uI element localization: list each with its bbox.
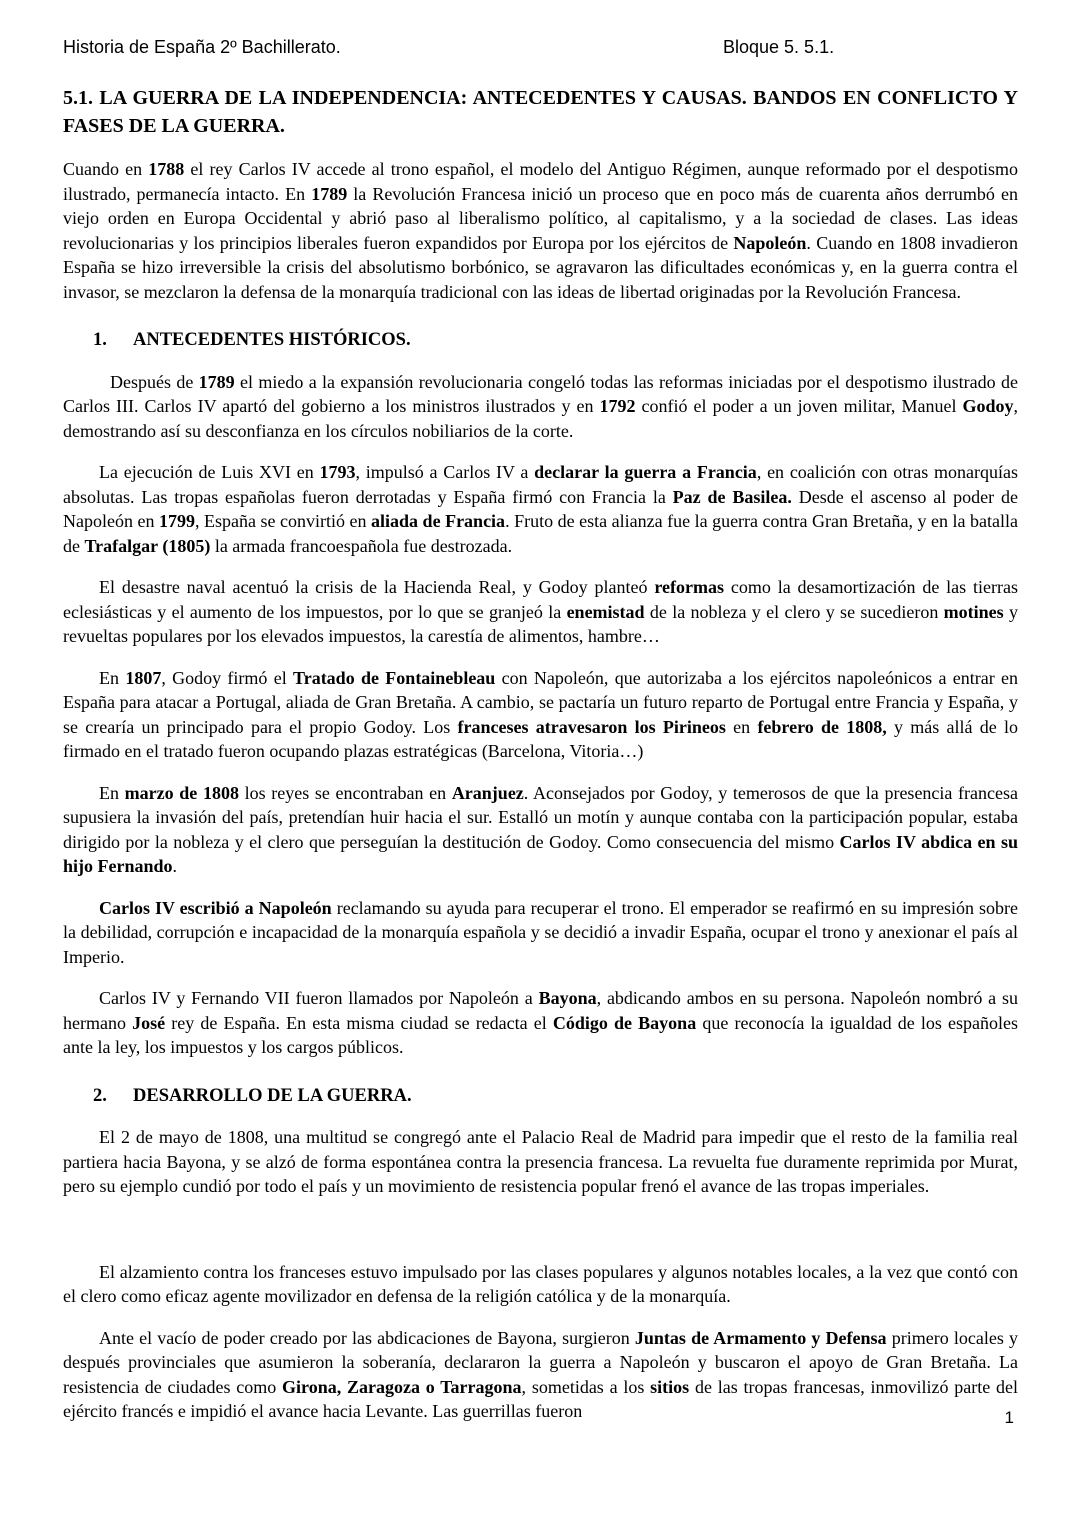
vertical-gap [63,1199,1018,1243]
text-run: , Godoy firmó el [161,668,293,688]
section-number: 2. [93,1084,133,1109]
bold-text-run: marzo de 1808 [125,783,239,803]
text-run: Carlos IV y Fernando VII fueron llamados… [99,988,539,1008]
paragraph: Carlos IV escribió a Napoleón reclamando… [63,896,1018,970]
bold-text-run: 1789 [199,372,235,392]
header-course-label: Historia de España 2º Bachillerato. [63,37,341,57]
bold-text-run: motines [944,602,1004,622]
bold-text-run: Napoleón [733,233,806,253]
text-run: , impulsó a Carlos IV a [355,462,534,482]
bold-text-run: 1793 [319,462,355,482]
header-block-label: Bloque 5. 5.1. [723,36,834,58]
bold-text-run: aliada de Francia [371,511,505,531]
text-run: Después de [110,372,199,392]
page-header: Historia de España 2º Bachillerato. Bloq… [63,36,1018,60]
section-heading-text: DESARROLLO DE LA GUERRA. [133,1086,412,1106]
section-heading-text: ANTECEDENTES HISTÓRICOS. [133,330,411,350]
text-run: en [726,717,758,737]
text-run: La ejecución de Luis XVI en [99,462,319,482]
bold-text-run: Código de Bayona [553,1013,696,1033]
paragraph: La ejecución de Luis XVI en 1793, impuls… [63,460,1018,558]
bold-text-run: 1807 [125,668,161,688]
bold-text-run: Tratado de Fontainebleau [293,668,495,688]
bold-text-run: 1792 [600,396,636,416]
bold-text-run: declarar la guerra a Francia [534,462,757,482]
section-heading: 1.ANTECEDENTES HISTÓRICOS. [63,328,1018,353]
text-run: los reyes se encontraban en [239,783,452,803]
section-heading: 2.DESARROLLO DE LA GUERRA. [63,1084,1018,1109]
paragraph: Ante el vacío de poder creado por las ab… [63,1326,1018,1424]
bold-text-run: enemistad [567,602,645,622]
text-run: , España se convirtió en [195,511,371,531]
section-number: 1. [93,328,133,353]
document-page: Historia de España 2º Bachillerato. Bloq… [0,0,1080,1527]
bold-text-run: 1799 [159,511,195,531]
bold-text-run: Aranjuez [452,783,524,803]
text-run: Cuando en [63,159,148,179]
document-body: Cuando en 1788 el rey Carlos IV accede a… [63,157,1018,1424]
bold-text-run: Paz de Basilea. [673,487,792,507]
bold-text-run: sitios [650,1377,689,1397]
paragraph: Después de 1789 el miedo a la expansión … [63,370,1018,444]
text-run: El desastre naval acentuó la crisis de l… [99,577,654,597]
paragraph: Cuando en 1788 el rey Carlos IV accede a… [63,157,1018,304]
text-run: . [173,856,178,876]
text-run: confió el poder a un joven militar, Manu… [636,396,963,416]
bold-text-run: franceses atravesaron los Pirineos [458,717,726,737]
bold-text-run: Trafalgar (1805) [85,536,211,556]
document-title: 5.1. LA GUERRA DE LA INDEPENDENCIA: ANTE… [63,84,1018,140]
text-run: la armada francoespañola fue destrozada. [210,536,512,556]
text-run: de la nobleza y el clero y se sucedieron [645,602,944,622]
bold-text-run: Godoy [962,396,1013,416]
text-run: El alzamiento contra los franceses estuv… [63,1262,1018,1307]
bold-text-run: reformas [654,577,724,597]
bold-text-run: Carlos IV escribió a Napoleón [99,898,332,918]
bold-text-run: 1789 [311,184,347,204]
text-run: El 2 de mayo de 1808, una multitud se co… [63,1127,1018,1196]
paragraph: El alzamiento contra los franceses estuv… [63,1260,1018,1309]
bold-text-run: febrero de 1808, [757,717,886,737]
text-run: En [99,783,125,803]
paragraph: En 1807, Godoy firmó el Tratado de Fonta… [63,666,1018,764]
text-run: , sometidas a los [522,1377,651,1397]
text-run: Ante el vacío de poder creado por las ab… [99,1328,635,1348]
text-run: rey de España. En esta misma ciudad se r… [165,1013,553,1033]
page-number: 1 [1005,1408,1014,1428]
paragraph: El desastre naval acentuó la crisis de l… [63,575,1018,649]
bold-text-run: José [132,1013,165,1033]
bold-text-run: Bayona [539,988,597,1008]
paragraph: En marzo de 1808 los reyes se encontraba… [63,781,1018,879]
paragraph: El 2 de mayo de 1808, una multitud se co… [63,1125,1018,1199]
bold-text-run: Juntas de Armamento y Defensa [635,1328,887,1348]
paragraph: Carlos IV y Fernando VII fueron llamados… [63,986,1018,1060]
text-run: En [99,668,125,688]
bold-text-run: Girona, Zaragoza o Tarragona [282,1377,522,1397]
bold-text-run: 1788 [148,159,184,179]
